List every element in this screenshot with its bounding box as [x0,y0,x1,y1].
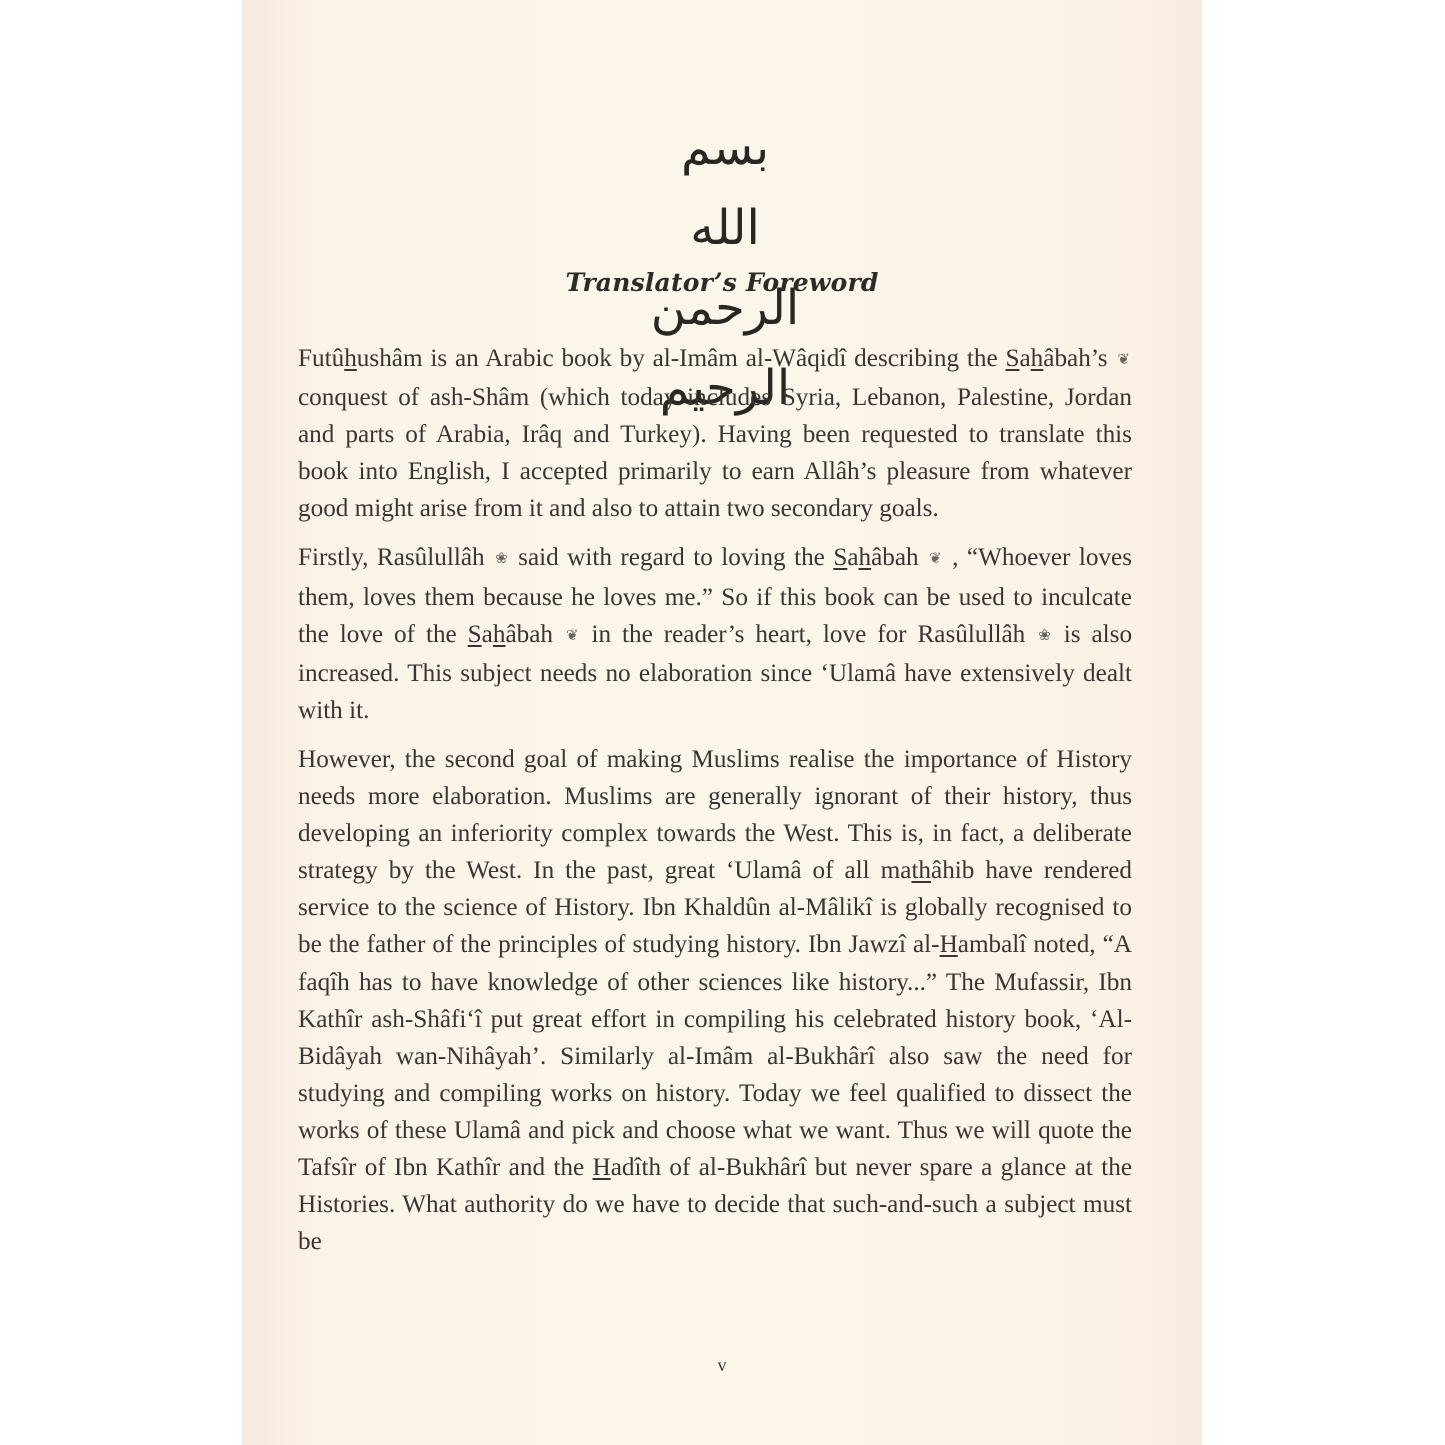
transliteration-underlined: S [1005,345,1019,372]
radiyallahu-anhum-icon: ❦ [1117,342,1130,379]
text-run: conquest of ash-Shâm (which today includ… [298,384,1132,522]
text-run: a [482,621,493,648]
foreword-body: Futûhushâm is an Arabic book by al-Imâm … [298,340,1132,1272]
page-title: Translator’s Foreword [242,268,1202,297]
text-run: âbah’s [1043,345,1107,372]
salallahu-alayhi-wasallam-icon: ❀ [1038,618,1051,655]
transliteration-underlined: h [344,345,357,372]
text-run: ushâm is an Arabic book by al-Imâm al-Wâ… [357,345,1006,372]
text-run: âbah [505,621,553,648]
book-page: بسم الله الرحمن الرحيم Translator’s Fore… [242,0,1202,1445]
text-run: said with regard to loving the [518,544,833,571]
bismillah-calligraphy: بسم الله الرحمن الرحيم [640,108,810,188]
salallahu-alayhi-wasallam-icon: ❀ [495,541,508,578]
text-run: in the reader’s heart, love for Rasûlull… [591,621,1036,648]
paragraph-3: However, the second goal of making Musli… [298,741,1132,1260]
text-run: âbah [871,544,919,571]
transliteration-underlined: th [911,857,931,884]
radiyallahu-anhum-icon: ❦ [566,618,579,655]
text-run: Firstly, Rasûlullâh [298,544,485,571]
transliteration-underlined: h [859,544,872,571]
paragraph-1: Futûhushâm is an Arabic book by al-Imâm … [298,340,1132,527]
transliteration-underlined: h [1031,345,1044,372]
text-run: a [1019,345,1030,372]
text-run: ambalî noted, “A faqîh has to have knowl… [298,931,1132,1181]
text-run: a [847,544,858,571]
paragraph-2: Firstly, Rasûlullâh ❀ said with regard t… [298,539,1132,728]
text-run: Futû [298,345,344,372]
page-number: v [242,1355,1202,1376]
radiyallahu-anhum-icon: ❦ [929,541,942,578]
transliteration-underlined: H [593,1154,611,1181]
transliteration-underlined: S [833,544,847,571]
transliteration-underlined: H [940,931,958,958]
transliteration-underlined: S [468,621,482,648]
transliteration-underlined: h [493,621,506,648]
